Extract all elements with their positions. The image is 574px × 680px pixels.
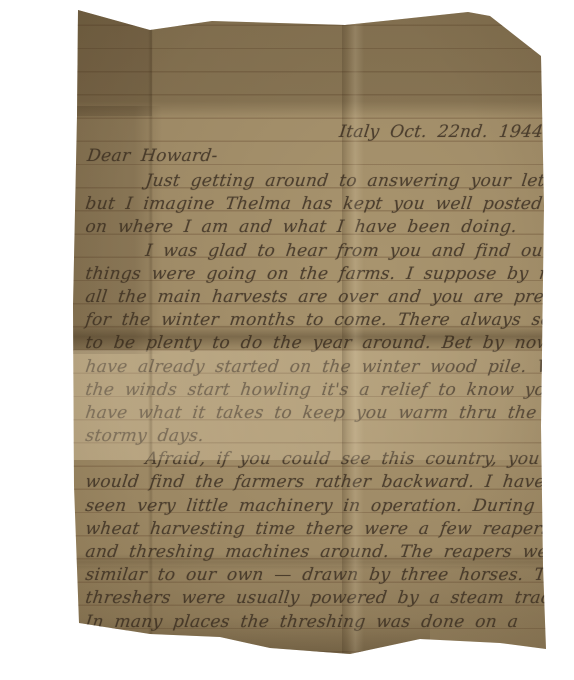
letter-line: stormy days. xyxy=(84,425,539,448)
fold-shade-top xyxy=(70,6,548,118)
letter-line: on where I am and what I have been doing… xyxy=(84,216,539,239)
photo-background: Italy Oct. 22nd. 1944 Dear Howard- Just … xyxy=(0,0,574,680)
letter-line: would find the farmers rather backward. … xyxy=(84,471,539,494)
letter-line: threshers were usually powered by a stea… xyxy=(84,587,539,610)
letter-line: the winds start howling it's a relief to… xyxy=(84,379,539,402)
letter-line: wheat harvesting time there were a few r… xyxy=(84,518,539,541)
letter-line: to be plenty to do the year around. Bet … xyxy=(84,332,539,355)
letter-greeting: Dear Howard- xyxy=(86,146,219,166)
letter-line: for the winter months to come. There alw… xyxy=(84,309,539,332)
letter-paper: Italy Oct. 22nd. 1944 Dear Howard- Just … xyxy=(70,6,548,656)
letter-body: Just getting around to answering your le… xyxy=(84,170,536,634)
letter-line: similar to our own — drawn by three hors… xyxy=(84,564,539,587)
fold-shade-top-left xyxy=(70,6,152,116)
letter-line: and threshing machines around. The reape… xyxy=(84,541,539,564)
letter-line: but I imagine Thelma has kept you well p… xyxy=(84,193,539,216)
letter-line: all the main harvests are over and you a… xyxy=(84,286,539,309)
letter-line: Afraid, if you could see this country, y… xyxy=(84,448,539,471)
letter-line: In many places the threshing was done on… xyxy=(84,611,539,634)
letter-line: things were going on the farms. I suppos… xyxy=(84,263,539,286)
letter-line: have already started on the winter wood … xyxy=(84,356,539,379)
letter-line: Just getting around to answering your le… xyxy=(84,170,539,193)
letter-dateline: Italy Oct. 22nd. 1944 xyxy=(338,122,545,142)
letter-line: have what it takes to keep you warm thru… xyxy=(84,402,539,425)
letter-line: I was glad to hear from you and find out… xyxy=(84,240,539,263)
letter-line: seen very little machinery in operation.… xyxy=(84,495,539,518)
